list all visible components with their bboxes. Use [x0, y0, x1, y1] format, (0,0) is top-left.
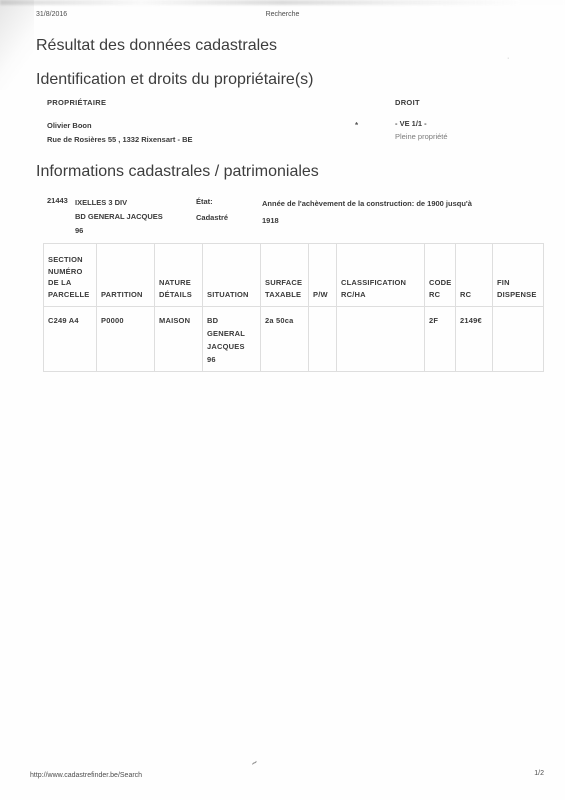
parcel-address-line: IXELLES 3 DIV — [75, 196, 163, 210]
cell-pw — [309, 307, 337, 372]
cell-nature: MAISON — [155, 307, 203, 372]
cell-section: C249 A4 — [44, 307, 97, 372]
owner-details: Olivier Boon Rue de Rosières 55 , 1332 R… — [47, 119, 193, 147]
col-header-pw: P/W — [309, 244, 337, 307]
state-value: Cadastré — [196, 213, 228, 222]
owner-address: Rue de Rosières 55 , 1332 Rixensart - BE — [47, 133, 193, 147]
scan-edge-artifact — [0, 0, 565, 5]
col-header-section-parcelle: SECTION NUMÉRO DE LA PARCELLE — [44, 244, 97, 307]
parcel-address-line: BD GENERAL JACQUES — [75, 210, 163, 224]
print-footer-page-number: 1/2 — [534, 770, 544, 777]
construction-year-info: Année de l'achèvement de la construction… — [262, 196, 472, 229]
print-footer-url: http://www.cadastrefinder.be/Search — [30, 772, 142, 779]
cell-code-rc: 2F — [425, 307, 456, 372]
print-header-title: Recherche — [0, 11, 565, 18]
cell-fin-dispense — [493, 307, 544, 372]
cell-surface: 2a 50ca — [261, 307, 309, 372]
droit-column-header: DROIT — [395, 98, 420, 107]
cadastral-table: SECTION NUMÉRO DE LA PARCELLE PARTITION … — [43, 243, 544, 372]
col-header-nature-details: NATURE DÉTAILS — [155, 244, 203, 307]
col-header-classification: CLASSIFICATION RC/HA — [337, 244, 425, 307]
section-heading-informations: Informations cadastrales / patrimoniales — [36, 163, 319, 181]
construction-year-line: Année de l'achèvement de la construction… — [262, 196, 472, 213]
col-header-rc: RC — [456, 244, 493, 307]
cell-classification — [337, 307, 425, 372]
droit-marker: * — [355, 121, 358, 130]
cell-partition: P0000 — [97, 307, 155, 372]
table-row: C249 A4 P0000 MAISON BD GENERAL JACQUES … — [44, 307, 544, 372]
page-title: Résultat des données cadastrales — [36, 37, 277, 55]
col-header-surface-taxable: SURFACE TAXABLE — [261, 244, 309, 307]
state-label: État: — [196, 197, 213, 206]
parcel-address-line: 96 — [75, 224, 163, 238]
scanned-print-page: · ~ 31/8/2016 Recherche Résultat des don… — [0, 0, 565, 800]
parcel-address: IXELLES 3 DIV BD GENERAL JACQUES 96 — [75, 196, 163, 238]
droit-detail: Pleine propriété — [395, 132, 448, 141]
droit-value: - VE 1/1 - — [395, 119, 427, 128]
section-heading-identification: Identification et droits du propriétaire… — [36, 71, 313, 89]
scan-speck-artifact: · — [507, 55, 509, 62]
construction-year-line: 1918 — [262, 213, 472, 230]
col-header-code-rc: CODE RC — [425, 244, 456, 307]
col-header-fin-dispense: FIN DISPENSE — [493, 244, 544, 307]
col-header-situation: SITUATION — [203, 244, 261, 307]
scan-squiggle-artifact: ~ — [249, 757, 260, 769]
cell-rc: 2149€ — [456, 307, 493, 372]
parcel-code: 21443 — [47, 196, 68, 205]
owner-name: Olivier Boon — [47, 119, 193, 133]
col-header-partition: PARTITION — [97, 244, 155, 307]
table-header-row: SECTION NUMÉRO DE LA PARCELLE PARTITION … — [44, 244, 544, 307]
owner-column-header: PROPRIÉTAIRE — [47, 98, 106, 107]
cell-situation: BD GENERAL JACQUES 96 — [203, 307, 261, 372]
